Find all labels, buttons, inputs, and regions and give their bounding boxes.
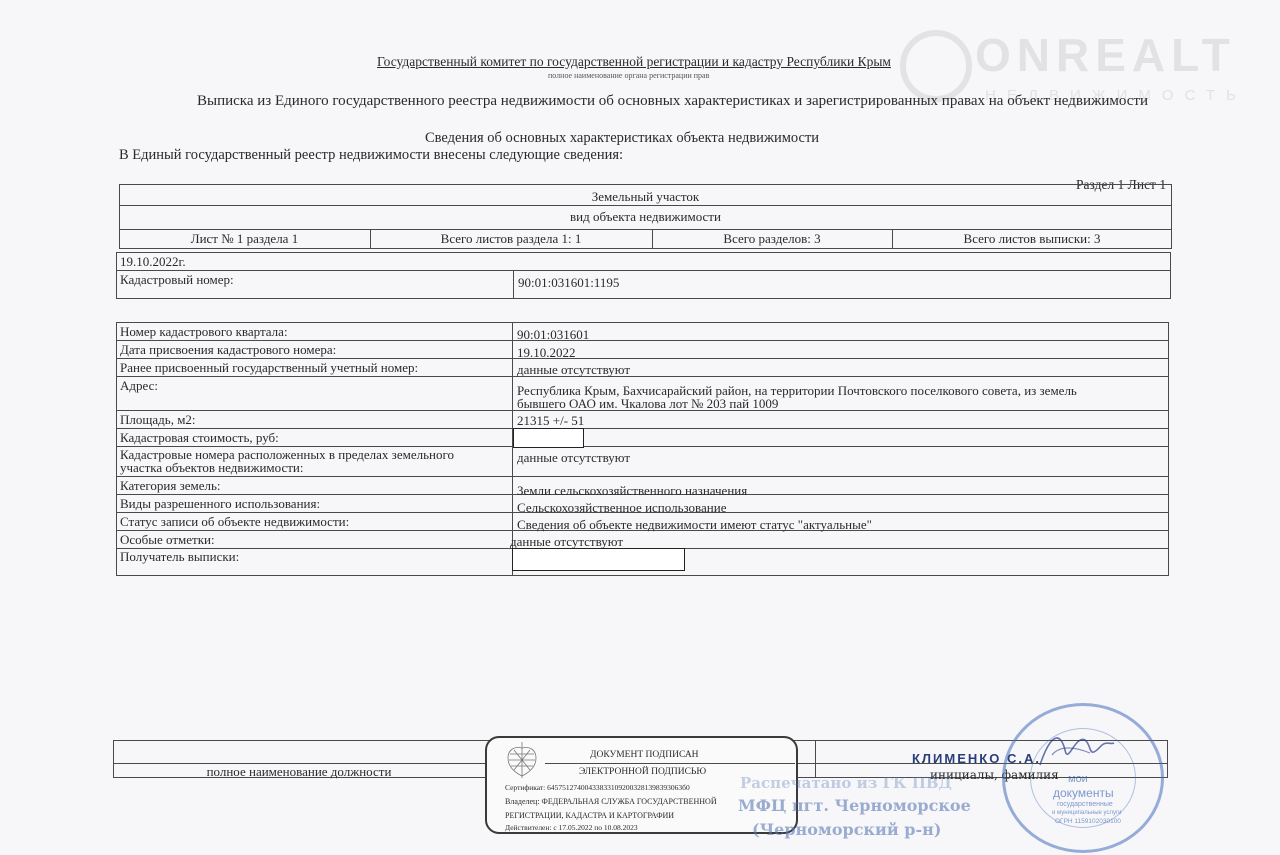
value-cadastral-quarter: 90:01:031601 xyxy=(517,328,589,342)
divider xyxy=(815,740,816,778)
label-recipient: Получатель выписки: xyxy=(120,550,239,564)
certificate-number: Сертификат: 6457512740043383310920032813… xyxy=(505,784,690,792)
seal-ogrn: ОГРН 1159102030100 xyxy=(1055,819,1121,826)
value-record-status: Сведения об объекте недвижимости имеют с… xyxy=(517,518,872,532)
mfc-stamp-line3: (Черноморский р-н) xyxy=(752,822,941,838)
divider xyxy=(116,270,1171,271)
document-title: Выписка из Единого государственного реес… xyxy=(197,94,1148,109)
label-cadastral-cost: Кадастровая стоимость, руб: xyxy=(120,431,279,445)
watermark-brand: ONREALT xyxy=(975,32,1236,78)
value-permitted-use: Сельскохозяйственное использование xyxy=(517,501,726,515)
organization-caption: полное наименование органа регистрации п… xyxy=(548,72,709,80)
value-area: 21315 +/- 51 xyxy=(517,414,584,428)
label-assignment-date: Дата присвоения кадастрового номера: xyxy=(120,343,336,357)
label-cadastral-quarter: Номер кадастрового квартала: xyxy=(120,325,288,339)
label-previous-number: Ранее присвоенный государственный учетны… xyxy=(120,361,418,375)
row-divider xyxy=(116,376,1169,377)
owner-line2: РЕГИСТРАЦИИ, КАДАСТРА И КАРТОГРАФИИ xyxy=(505,812,674,820)
emblem-icon xyxy=(504,740,540,780)
label-address: Адрес: xyxy=(120,379,158,393)
label-record-status: Статус записи об объекте недвижимости: xyxy=(120,515,349,529)
seal-text-2: документы xyxy=(1053,787,1114,799)
signature-scribble-icon xyxy=(1030,725,1120,775)
value-land-category: Земли сельскохозяйственного назначения xyxy=(517,484,747,498)
organization-name: Государственный комитет по государственн… xyxy=(377,55,891,69)
cadastral-number-value: 90:01:031601:1195 xyxy=(518,276,619,290)
label-area: Площадь, м2: xyxy=(120,413,196,427)
sections-total: Всего разделов: 3 xyxy=(652,232,892,246)
document-subtitle: Сведения об основных характеристиках объ… xyxy=(425,131,819,146)
owner-line1: Владелец: ФЕДЕРАЛЬНАЯ СЛУЖБА ГОСУДАРСТВЕ… xyxy=(505,798,717,806)
mfc-stamp-line2: МФЦ пгт. Черноморское xyxy=(738,798,971,814)
divider xyxy=(513,270,514,299)
value-assignment-date: 19.10.2022 xyxy=(517,346,576,360)
value-previous-number: данные отсутствуют xyxy=(517,363,630,377)
seal-text-1: мои xyxy=(1068,774,1088,785)
extract-sheets-total: Всего листов выписки: 3 xyxy=(892,232,1172,246)
mfc-stamp-line1: Распечатано из ГК ПВД xyxy=(740,776,952,791)
object-type-caption: вид объекта недвижимости xyxy=(119,210,1172,224)
value-special-notes: данные отсутствуют xyxy=(510,535,623,549)
validity: Действителен: с 17.05.2022 по 10.08.2023 xyxy=(505,824,638,832)
sheet-number: Лист № 1 раздела 1 xyxy=(119,232,370,246)
divider xyxy=(545,763,795,764)
seal-text-4: и муниципальные услуги xyxy=(1052,810,1121,816)
row-divider xyxy=(116,476,1169,477)
signed-line1: ДОКУМЕНТ ПОДПИСАН xyxy=(590,751,699,761)
row-divider xyxy=(116,428,1169,429)
cadastral-number-label: Кадастровый номер: xyxy=(120,273,234,287)
redacted-recipient xyxy=(512,548,685,571)
section-sheets-total: Всего листов раздела 1: 1 xyxy=(370,232,652,246)
row-divider xyxy=(116,340,1169,341)
watermark-logo-icon xyxy=(900,30,972,102)
object-type: Земельный участок xyxy=(119,190,1172,204)
seal-text-3: государственные xyxy=(1057,801,1113,808)
divider xyxy=(119,205,1172,206)
label-permitted-use: Виды разрешенного использования: xyxy=(120,497,320,511)
signed-line2: ЭЛЕКТРОННОЙ ПОДПИСЬЮ xyxy=(579,768,706,778)
redacted-cadastral-cost xyxy=(513,428,584,448)
row-divider xyxy=(116,358,1169,359)
intro-text: В Единый государственный реестр недвижим… xyxy=(119,148,623,163)
label-land-category: Категория земель: xyxy=(120,479,221,493)
value-address-line2: бывшего ОАО им. Чкалова лот № 203 пай 10… xyxy=(517,397,778,411)
extract-date: 19.10.2022г. xyxy=(120,255,186,269)
value-nested-objects: данные отсутствуют xyxy=(517,451,630,465)
position-caption: полное наименование должности xyxy=(113,765,485,779)
label-nested-objects-line2: участка объектов недвижимости: xyxy=(120,461,304,475)
label-special-notes: Особые отметки: xyxy=(120,533,215,547)
cadastral-table xyxy=(116,252,1171,299)
